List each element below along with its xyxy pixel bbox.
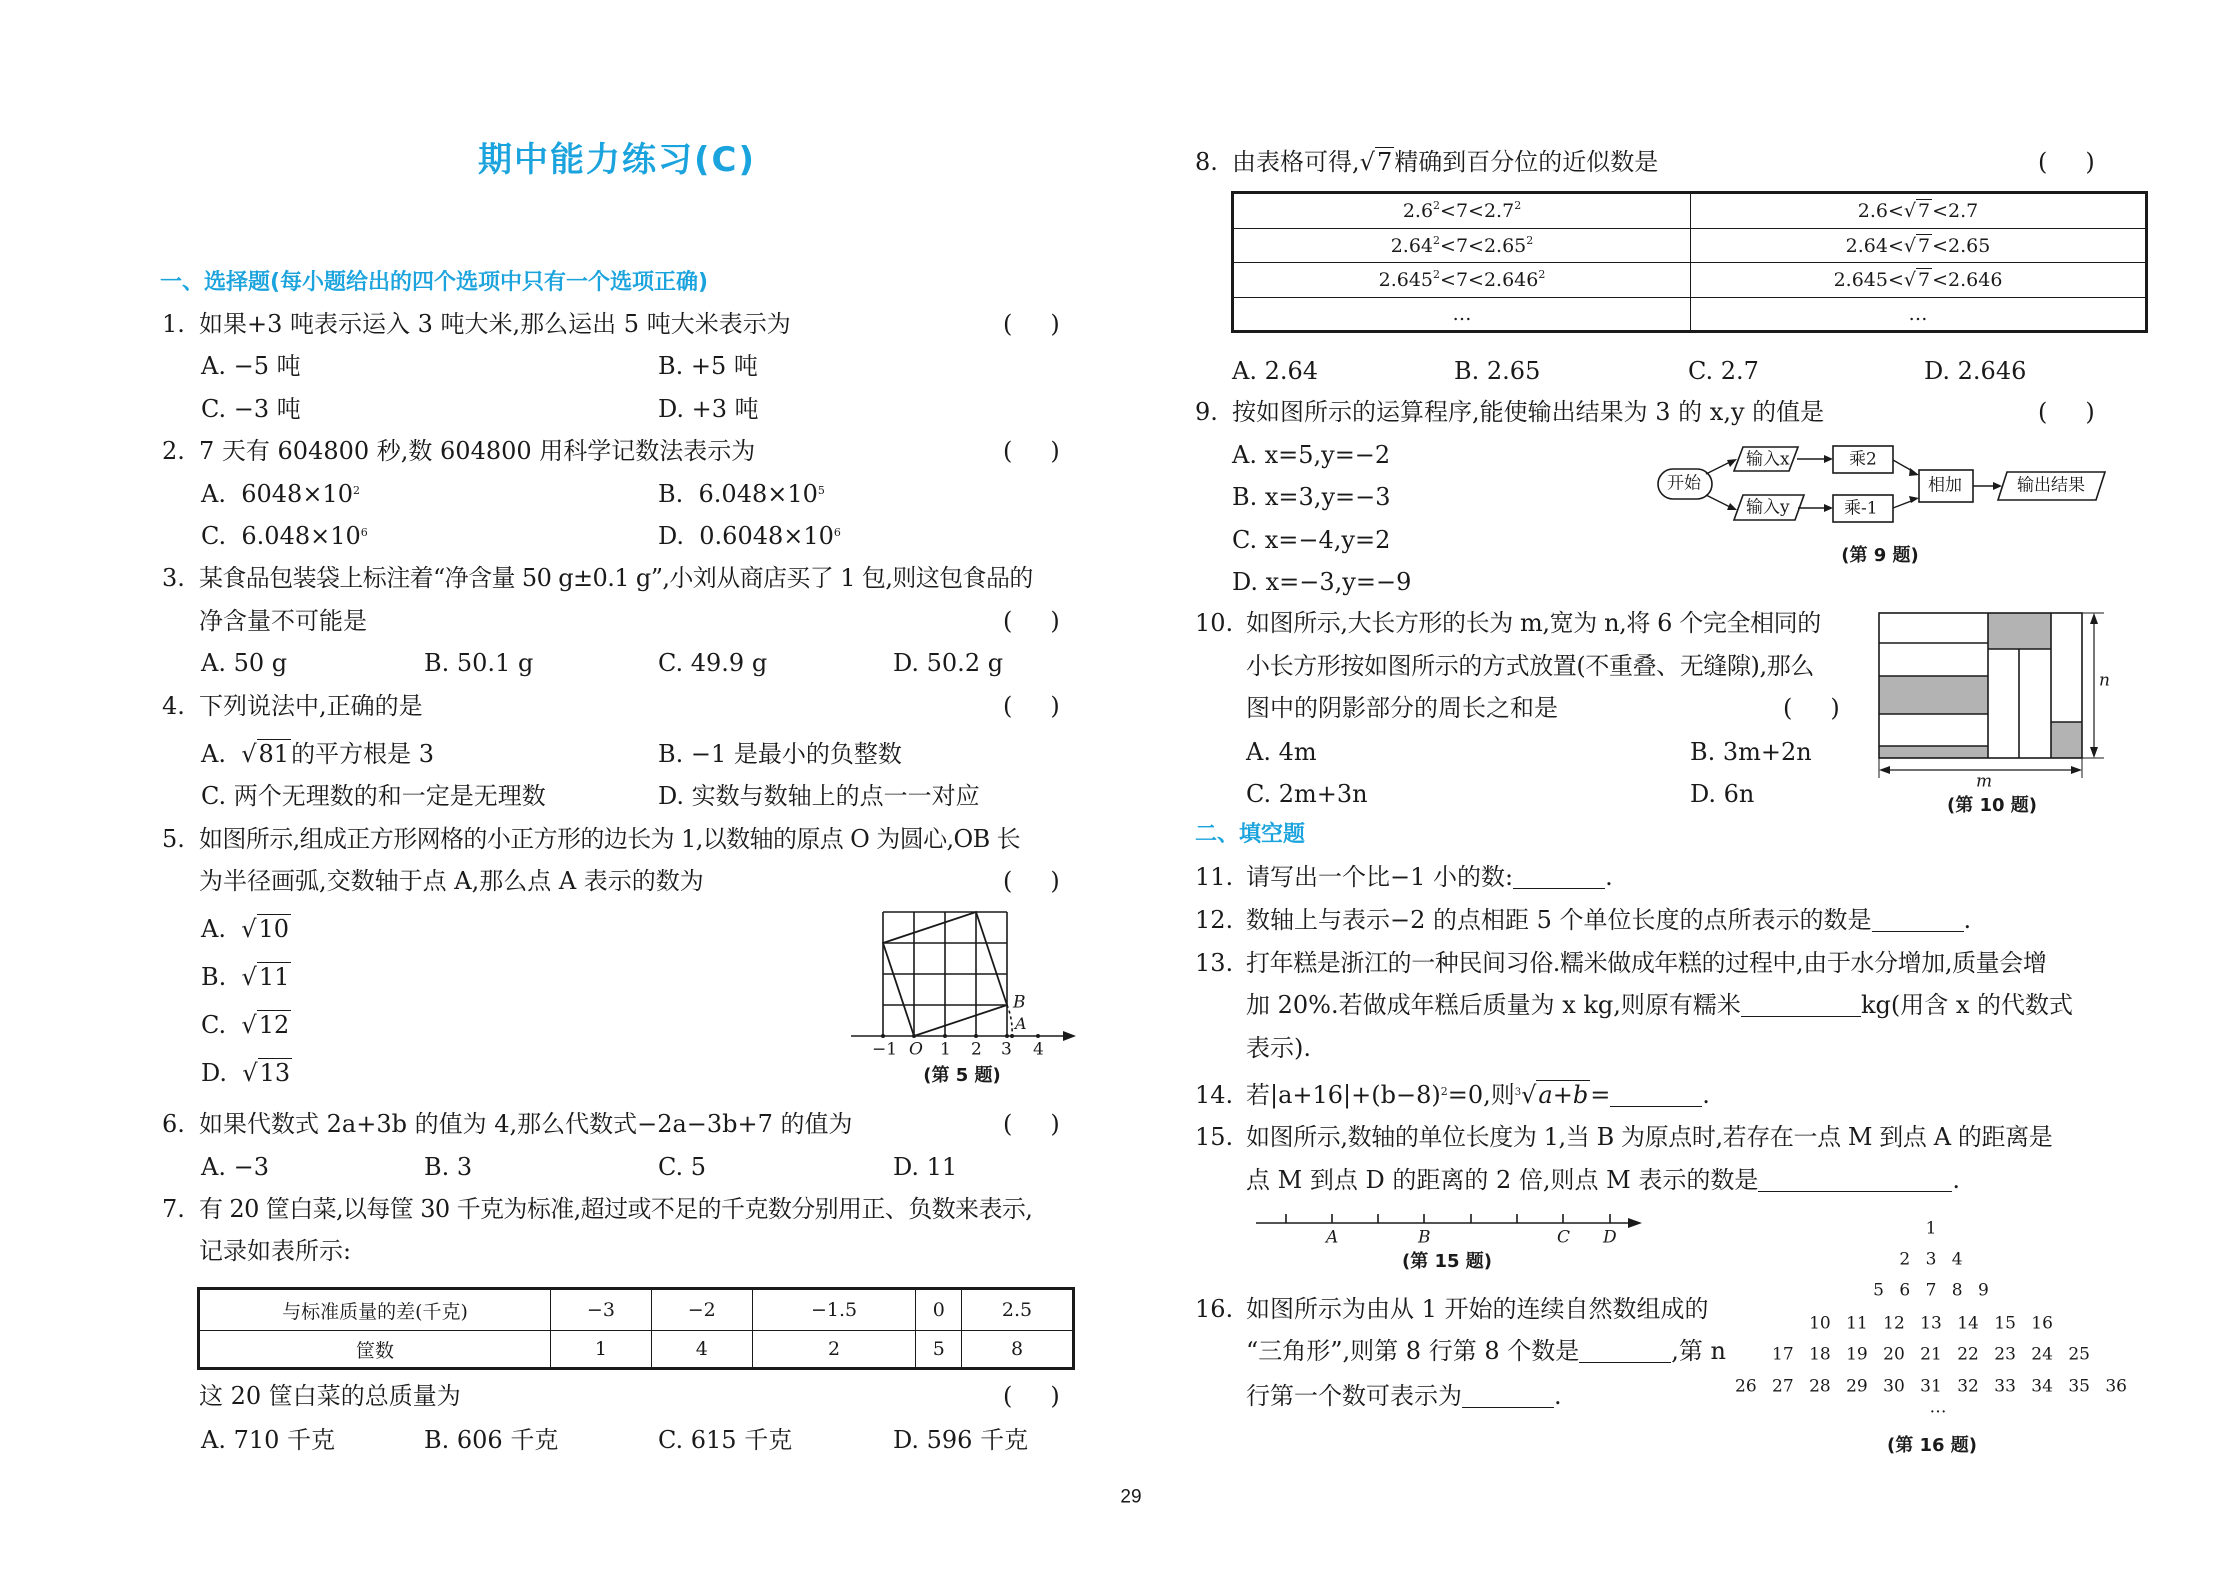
option-c[interactable]: C. 2.7: [1688, 359, 1759, 383]
option-b[interactable]: B. 50.1 g: [424, 651, 533, 675]
answer-blank[interactable]: [1462, 1387, 1554, 1408]
question-number: 13.: [1195, 951, 1233, 975]
option-label: A.: [201, 480, 226, 508]
text-pre: 由表格可得,: [1232, 148, 1360, 176]
option-c[interactable]: C. 2m+3n: [1246, 782, 1368, 806]
option-d[interactable]: D. 2.646: [1924, 359, 2026, 383]
answer-paren[interactable]: (): [1003, 609, 1098, 633]
exponent: 6: [834, 526, 841, 539]
triangle-row: 5 6 7 8 9: [1873, 1283, 1989, 1300]
exponent: 6: [361, 526, 368, 539]
answer-blank[interactable]: [1872, 911, 1964, 932]
question-text: 如图所示,数轴的单位长度为 1,当 B 为原点时,若存在一点 M 到点 A 的距…: [1246, 1125, 2052, 1149]
option-a[interactable]: A. 4m: [1246, 740, 1317, 764]
table-cell: 2.645<√7<2.646: [1691, 263, 2147, 297]
option-label: D.: [201, 1059, 227, 1087]
question-text: 按如图所示的运算程序,能使输出结果为 3 的 x,y 的值是: [1232, 400, 1824, 424]
question-text-cont: 图中的阴影部分的周长之和是: [1246, 696, 1558, 720]
question-text: 7 天有 604800 秒,数 604800 用科学记数法表示为: [199, 439, 755, 463]
option-value: 的平方根是 3: [291, 740, 434, 768]
sqrt-icon: √11: [242, 965, 292, 989]
sqrt-icon: √10: [241, 917, 291, 941]
answer-paren[interactable]: (): [1003, 1112, 1098, 1136]
axis-label-2: 2: [971, 1042, 982, 1059]
option-a[interactable]: A. √81的平方根是 3: [201, 742, 434, 766]
axis-label-4: 4: [1033, 1042, 1044, 1059]
option-b[interactable]: B. −1 是最小的负整数: [658, 742, 902, 766]
flow-output: 输出结果: [2017, 478, 2085, 495]
radicand: 10: [257, 914, 292, 943]
question-number: 16.: [1195, 1297, 1233, 1321]
answer-paren[interactable]: (): [1003, 439, 1098, 463]
answer-paren[interactable]: (): [2038, 400, 2133, 424]
question-text: 下列说法中,正确的是: [199, 694, 423, 718]
option-d[interactable]: D. 实数与数轴上的点一一对应: [658, 784, 980, 808]
table-cell: 1: [551, 1331, 652, 1369]
question-text: 打年糕是浙江的一种民间习俗.糯米做成年糕的过程中,由于水分增加,质量会增: [1246, 951, 2047, 975]
question-text-cont: 净含量不可能是: [199, 609, 367, 633]
question-number: 8.: [1195, 150, 1218, 174]
sqrt-icon: √12: [241, 1013, 291, 1037]
option-a[interactable]: A. 710 千克: [201, 1428, 335, 1452]
table-cell: 4: [651, 1331, 752, 1369]
question-text-cont: 点 M 到点 D 的距离的 2 倍,则点 M 表示的数是.: [1246, 1168, 1960, 1192]
point-label-a: A: [1326, 1230, 1338, 1247]
cube-root-icon: √a+b: [1521, 1083, 1590, 1107]
question-number: 3.: [162, 566, 185, 590]
option-label: A.: [201, 915, 226, 943]
flow-multiply-neg1: 乘-1: [1844, 501, 1878, 518]
question-text-cont: 加 20%.若做成年糕后质量为 x kg,则原有糯米kg(用含 x 的代数式: [1246, 993, 2073, 1017]
option-c[interactable]: C. −3 吨: [201, 397, 301, 421]
question-number: 7.: [162, 1197, 185, 1221]
option-b[interactable]: B. 3m+2n: [1690, 740, 1812, 764]
triangle-row: 17 18 19 20 21 22 23 24 25: [1772, 1347, 2090, 1364]
option-c[interactable]: C. 6.048×106: [201, 524, 368, 548]
option-c[interactable]: C. 两个无理数的和一定是无理数: [201, 784, 546, 808]
option-label: B.: [201, 963, 226, 991]
question-number: 11.: [1195, 865, 1233, 889]
option-a[interactable]: A. √10: [201, 917, 291, 941]
answer-paren[interactable]: (): [1003, 1384, 1098, 1408]
option-a[interactable]: A. x=5,y=−2: [1232, 443, 1390, 467]
option-c[interactable]: C. 615 千克: [658, 1428, 792, 1452]
answer-blank[interactable]: [1758, 1171, 1952, 1192]
table-cell: 2.6<√7<2.7: [1691, 193, 2147, 229]
option-a[interactable]: A. 50 g: [201, 651, 287, 675]
table-cell: 5: [916, 1331, 962, 1369]
page-title: 期中能力练习(C): [478, 143, 756, 177]
number-line-figure: [0, 0, 1, 1]
sqrt-icon: √13: [242, 1061, 292, 1085]
question-text-cont: 行第一个数可表示为.: [1246, 1384, 1562, 1408]
option-a[interactable]: A. 2.64: [1232, 359, 1318, 383]
exponent: 5: [818, 484, 825, 497]
point-label-b: B: [1418, 1230, 1431, 1247]
question-number: 4.: [162, 694, 185, 718]
answer-blank[interactable]: [1579, 1342, 1671, 1363]
option-value: 6.048×10: [699, 480, 818, 508]
option-a[interactable]: A. 6048×102: [201, 482, 360, 506]
question-number: 10.: [1195, 611, 1233, 635]
question-text-cont: 记录如表所示:: [199, 1239, 351, 1263]
table-cell: 0: [916, 1289, 962, 1331]
sqrt-icon: √81: [241, 742, 291, 766]
option-label: B.: [658, 480, 683, 508]
question-text: 如图所示为由从 1 开始的连续自然数组成的: [1246, 1297, 1709, 1321]
figure-caption: (第 15 题): [1402, 1253, 1492, 1271]
row-header: 筐数: [199, 1331, 551, 1369]
question-number: 9.: [1195, 400, 1218, 424]
option-b[interactable]: B. 2.65: [1454, 359, 1540, 383]
answer-paren[interactable]: (): [1003, 312, 1098, 336]
triangle-row: 10 11 12 13 14 15 16: [1809, 1316, 2053, 1333]
option-b[interactable]: B. 3: [424, 1155, 472, 1179]
question-text: 由表格可得,√7精确到百分位的近似数是: [1232, 150, 1658, 174]
question-text: 若|a+16|+(b−8)2=0,则3√a+b=.: [1246, 1083, 1710, 1107]
option-value: 6048×10: [241, 480, 353, 508]
axis-label-3: 3: [1001, 1042, 1012, 1059]
option-d[interactable]: D. 0.6048×106: [658, 524, 841, 548]
table-cell: −2: [651, 1289, 752, 1331]
question-number: 1.: [162, 312, 185, 336]
table-cell: 2.62<7<2.72: [1233, 193, 1691, 229]
option-d[interactable]: D. 11: [893, 1155, 957, 1179]
radicand: 12: [257, 1010, 292, 1039]
question-text-cont: “三角形”,则第 8 行第 8 个数是,第 n: [1246, 1339, 1726, 1363]
flow-start: 开始: [1667, 476, 1701, 493]
option-value: 0.6048×10: [699, 522, 834, 550]
question-text: 如图所示,组成正方形网格的小正方形的边长为 1,以数轴的原点 O 为圆心,OB …: [199, 827, 1020, 851]
question-text: 如果代数式 2a+3b 的值为 4,那么代数式−2a−3b+7 的值为: [199, 1112, 853, 1136]
question-number: 6.: [162, 1112, 185, 1136]
weight-difference-table: 与标准质量的差(千克) −3 −2 −1.5 0 2.5 筐数 1 4 2 5 …: [197, 1287, 1075, 1370]
option-label: D.: [658, 522, 684, 550]
figure-caption: (第 16 题): [1887, 1437, 1977, 1455]
question-text: 某食品包装袋上标注着“净含量 50 g±0.1 g”,小刘从商店买了 1 包,则…: [199, 566, 1033, 590]
option-c[interactable]: C. 49.9 g: [658, 651, 767, 675]
point-label-a: A: [1015, 1016, 1027, 1032]
table-cell: 2.642<7<2.652: [1233, 228, 1691, 262]
option-d[interactable]: D. 50.2 g: [893, 651, 1003, 675]
point-label-b: B: [1013, 995, 1026, 1012]
table-cell: 8: [961, 1331, 1073, 1369]
point-label-c: C: [1557, 1230, 1570, 1247]
option-label: A.: [201, 740, 226, 768]
dimension-label-n: n: [2099, 673, 2110, 690]
answer-paren[interactable]: (): [1783, 696, 1878, 720]
section-heading-choice: 一、选择题(每小题给出的四个选项中只有一个选项正确): [160, 272, 708, 294]
question-text: 如果+3 吨表示运入 3 吨大米,那么运出 5 吨大米表示为: [199, 312, 791, 336]
radicand: 7: [1375, 147, 1394, 176]
flow-input-y: 输入y: [1746, 500, 1790, 517]
axis-label-origin: O: [909, 1042, 923, 1059]
triangle-row: 2 3 4: [1899, 1252, 1962, 1269]
option-c[interactable]: C. 5: [658, 1155, 706, 1179]
option-b[interactable]: B. 6.048×105: [658, 482, 825, 506]
sqrt-icon: √7: [1360, 150, 1395, 174]
table-cell: …: [1233, 297, 1691, 331]
question-text-cont: 小长方形按如图所示的方式放置(不重叠、无缝隙),那么: [1246, 654, 1814, 678]
sqrt7-table: 2.62<7<2.72 2.6<√7<2.7 2.642<7<2.652 2.6…: [1231, 191, 2148, 333]
table-cell: 2: [752, 1331, 916, 1369]
answer-blank[interactable]: [1513, 868, 1605, 889]
table-cell: 2.64<√7<2.65: [1691, 228, 2147, 262]
triangle-row: 26 27 28 29 30 31 32 33 34 35 36: [1735, 1379, 2127, 1396]
table-cell: …: [1691, 297, 2147, 331]
answer-paren[interactable]: (): [2038, 150, 2133, 174]
flow-multiply-2: 乘2: [1849, 452, 1877, 469]
question-text-cont: 为半径画弧,交数轴于点 A,那么点 A 表示的数为: [199, 869, 704, 893]
question-text: 如图所示,大长方形的长为 m,宽为 n,将 6 个完全相同的: [1246, 611, 1821, 635]
option-b[interactable]: B. √11: [201, 965, 291, 989]
answer-blank[interactable]: [1610, 1086, 1702, 1107]
flow-add: 相加: [1928, 478, 1962, 495]
option-label: C.: [201, 522, 226, 550]
option-c[interactable]: C. √12: [201, 1013, 291, 1037]
option-label: C.: [201, 1011, 226, 1039]
question-number: 14.: [1195, 1083, 1233, 1107]
question-followup: 这 20 筐白菜的总质量为: [199, 1384, 461, 1408]
option-a[interactable]: A. −5 吨: [201, 354, 301, 378]
answer-paren[interactable]: (): [1003, 869, 1098, 893]
axis-label-neg1: −1: [872, 1042, 897, 1059]
option-d[interactable]: D. 596 千克: [893, 1428, 1028, 1452]
option-d[interactable]: D. 6n: [1690, 782, 1754, 806]
option-a[interactable]: A. −3: [201, 1155, 269, 1179]
question-number: 5.: [162, 827, 185, 851]
triangle-row: 1: [1926, 1221, 1937, 1238]
question-text: 请写出一个比−1 小的数:.: [1246, 865, 1613, 889]
radicand: 11: [257, 962, 292, 991]
table-cell: 2.6452<7<2.6462: [1233, 263, 1691, 297]
axis-label-1: 1: [940, 1042, 951, 1059]
page-number: 29: [1120, 1488, 1141, 1507]
figure-caption: (第 10 题): [1947, 797, 2037, 815]
answer-paren[interactable]: (): [1003, 694, 1098, 718]
table-cell: −3: [551, 1289, 652, 1331]
point-label-d: D: [1603, 1230, 1617, 1247]
option-b[interactable]: B. 606 千克: [424, 1428, 558, 1452]
radicand: 13: [258, 1058, 293, 1087]
row-header: 与标准质量的差(千克): [199, 1289, 551, 1331]
dimension-label-m: m: [1976, 774, 1992, 791]
exponent: 2: [353, 484, 360, 497]
question-text: 有 20 筐白菜,以每筐 30 千克为标准,超过或不足的千克数分别用正、负数来表…: [199, 1197, 1032, 1221]
table-cell: 2.5: [961, 1289, 1073, 1331]
option-c[interactable]: C. x=−4,y=2: [1232, 528, 1390, 552]
figure-caption: (第 9 题): [1841, 547, 1919, 565]
question-number: 15.: [1195, 1125, 1233, 1149]
flow-input-x: 输入x: [1746, 452, 1790, 469]
answer-blank[interactable]: [1741, 996, 1861, 1017]
section-heading-fill: 二、填空题: [1195, 824, 1305, 846]
figure-caption: (第 5 题): [923, 1067, 1001, 1085]
option-value: 6.048×10: [241, 522, 360, 550]
radicand: 81: [257, 739, 292, 768]
option-d[interactable]: D. +3 吨: [658, 397, 759, 421]
table-cell: −1.5: [752, 1289, 916, 1331]
option-d[interactable]: D. x=−3,y=−9: [1232, 570, 1411, 594]
option-d[interactable]: D. √13: [201, 1061, 292, 1085]
option-b[interactable]: B. x=3,y=−3: [1232, 485, 1390, 509]
option-b[interactable]: B. +5 吨: [658, 354, 758, 378]
question-text: 数轴上与表示−2 的点相距 5 个单位长度的点所表示的数是.: [1246, 908, 1971, 932]
question-text-cont: 表示).: [1246, 1036, 1311, 1060]
triangle-ellipsis: …: [1930, 1400, 1947, 1417]
text-post: 精确到百分位的近似数是: [1394, 148, 1658, 176]
question-number: 2.: [162, 439, 185, 463]
question-number: 12.: [1195, 908, 1233, 932]
